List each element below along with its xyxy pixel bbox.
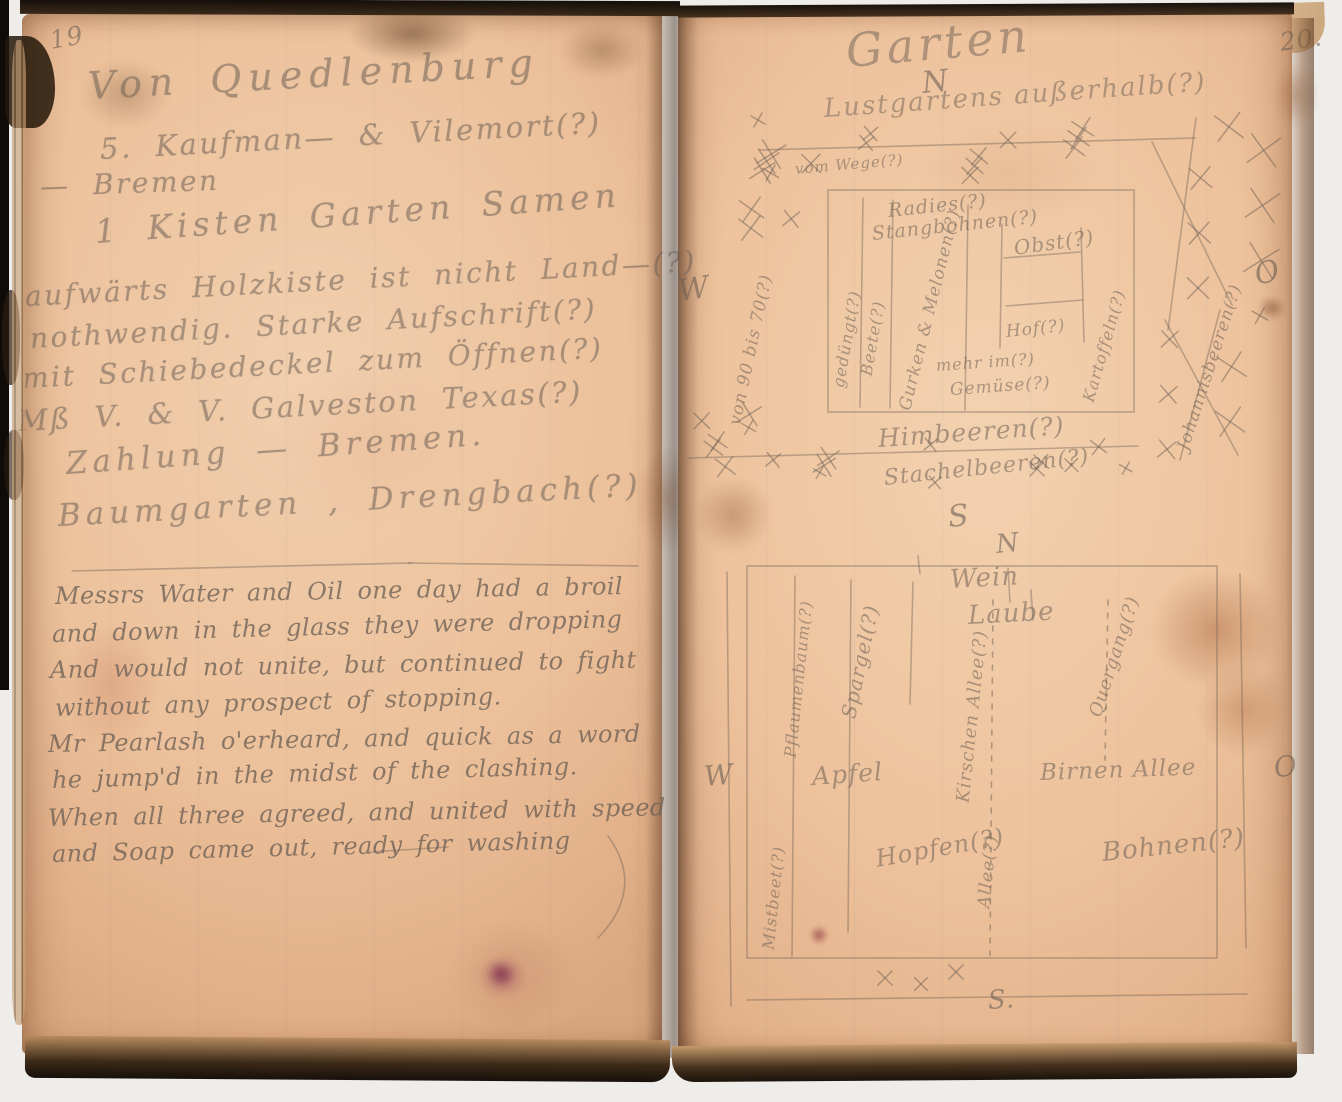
sketch-label: mehr im(?) (935, 349, 1035, 375)
sketch-label: vom Wege(?) (794, 151, 904, 178)
sketch-label: Kirschen Allee(?) (953, 629, 992, 803)
sketch-label: Mistbeet(?) (759, 845, 789, 950)
sketch-label: Himbeeren(?) (877, 411, 1065, 453)
sketch-label: W (676, 270, 712, 309)
sketch-label: Birnen Allee (1040, 755, 1197, 786)
sketch-label: N (994, 528, 1021, 560)
sketch-label: Johannisbeeren(?) (1173, 282, 1246, 453)
sketch-label: O (1271, 748, 1300, 785)
sketch-label: von 90 bis 70(?) (725, 273, 777, 427)
sketch-label: Apfel (811, 757, 884, 791)
sketch-label: O (1251, 253, 1283, 293)
sketch-label: Gemüse(?) (949, 373, 1051, 400)
sketch-label: Obst(?) (1012, 225, 1095, 260)
sketch-label: Wein (949, 561, 1020, 595)
garden-plan-labels: Nvom Wege(?)von 90 bis 70(?)WOJohannisbe… (0, 0, 1342, 1102)
sketch-label: S. (987, 984, 1016, 1016)
notebook-scan: 19 Von Quedlenburg 5. Kaufman— & Vilemor… (0, 0, 1342, 1102)
sketch-label: S (946, 498, 971, 535)
sketch-label: Quergang(?) (1085, 594, 1144, 720)
sketch-label: Hof(?) (1005, 316, 1066, 342)
sketch-label: Beete(?) (857, 299, 889, 377)
sketch-label: Laube (967, 596, 1055, 630)
sketch-label: W (703, 757, 736, 792)
sketch-label: Pflaumenbaum(?) (781, 599, 816, 758)
sketch-label: Stachelbeeren(?) (883, 444, 1091, 490)
sketch-label: Kartoffeln(?) (1079, 287, 1129, 404)
sketch-label: Spargel(?) (836, 603, 883, 721)
sketch-label: Bohnen(?) (1100, 823, 1246, 868)
sketch-label: N (920, 63, 951, 101)
